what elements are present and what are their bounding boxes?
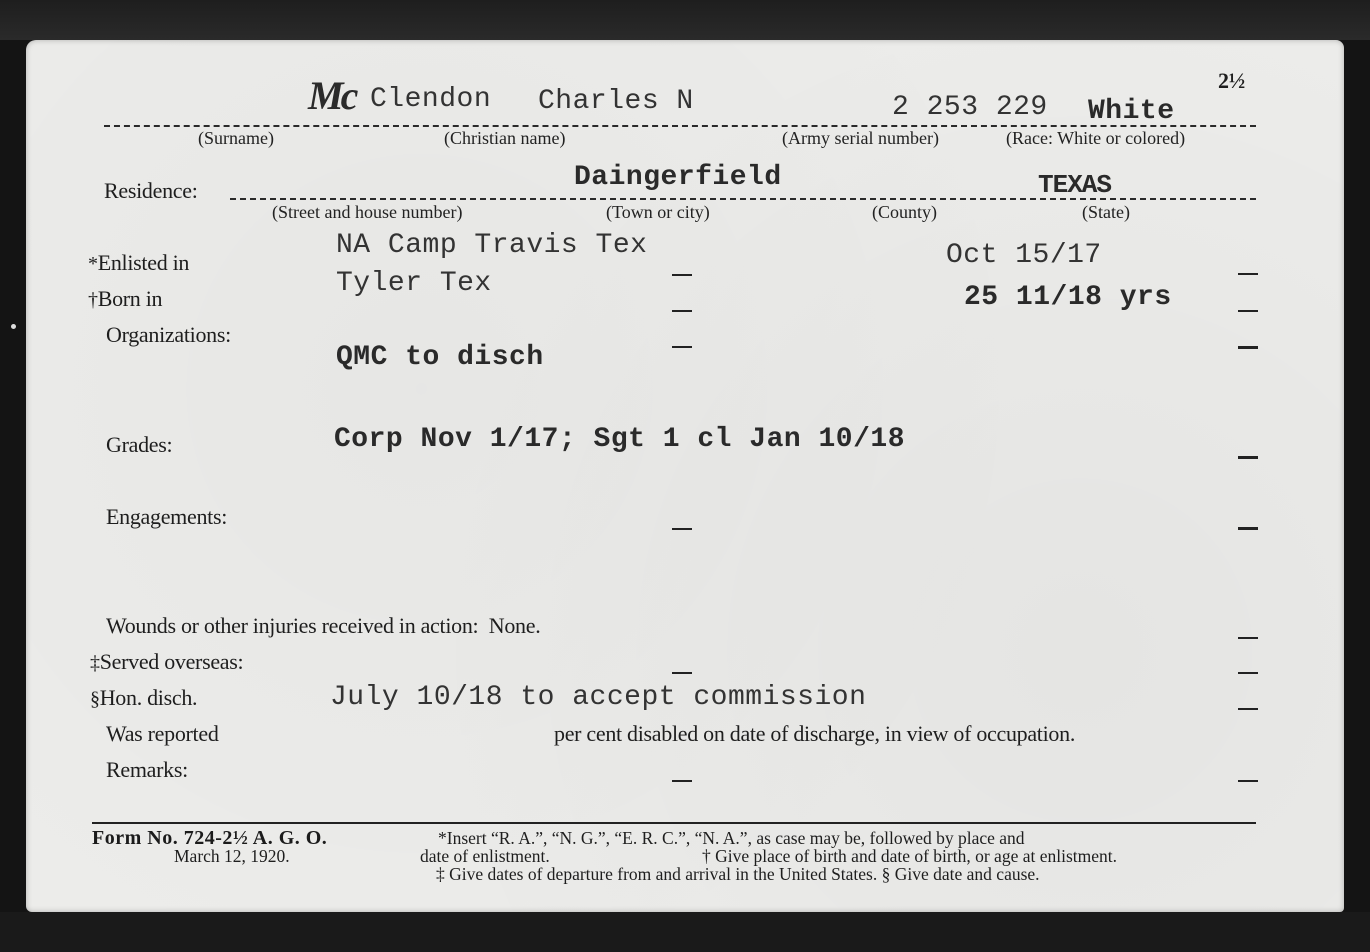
enlisted-place-value: NA Camp Travis Tex (336, 230, 647, 261)
wounds-value: None. (489, 613, 541, 638)
double-dagger-marker: ‡ (90, 652, 100, 674)
residence-town-value: Daingerfield (574, 162, 782, 193)
scanner-frame-bottom (0, 912, 1370, 952)
army-serial-number-caption: (Army serial number) (782, 128, 939, 149)
name-line (104, 125, 1256, 127)
section-marker: § (90, 688, 100, 710)
born-age-value: 25 11/18 yrs (964, 282, 1172, 313)
remarks-label: Remarks: (106, 757, 188, 783)
state-caption: (State) (1082, 202, 1130, 223)
hon-disch-value: July 10/18 to accept commission (330, 682, 866, 713)
organizations-value: QMC to disch (336, 342, 544, 373)
sheet-mark: 2½ (1218, 68, 1245, 94)
field-mid-mark (672, 780, 692, 782)
field-end-mark (1238, 637, 1258, 639)
field-mid-mark (672, 310, 692, 312)
scan-artifact (11, 324, 16, 329)
enlisted-label-text: Enlisted in (98, 250, 189, 275)
engagements-label: Engagements: (106, 504, 227, 530)
field-end-mark (1238, 708, 1258, 710)
field-mid-mark (672, 274, 692, 276)
born-place-value: Tyler Tex (336, 268, 492, 299)
field-mid-mark (672, 528, 692, 530)
field-mid-mark (672, 346, 692, 348)
field-end-mark (1238, 310, 1258, 312)
served-overseas-label: ‡Served overseas: (90, 649, 243, 675)
county-caption: (County) (872, 202, 937, 223)
form-date: March 12, 1920. (174, 846, 290, 867)
footnote-line-3: ‡ Give dates of departure from and arriv… (436, 864, 1040, 885)
was-reported-label: Was reported (106, 721, 219, 747)
residence-label: Residence: (104, 178, 198, 204)
residence-state-value: TEXAS (1038, 170, 1111, 200)
footer-rule (92, 822, 1256, 824)
residence-line (230, 198, 1256, 200)
grades-value: Corp Nov 1/17; Sgt 1 cl Jan 10/18 (334, 424, 905, 455)
field-end-mark (1238, 672, 1258, 674)
field-end-mark (1238, 456, 1258, 459)
surname-value: Clendon (370, 84, 491, 115)
asterisk-marker: * (88, 253, 98, 275)
grades-label: Grades: (106, 432, 172, 458)
enlisted-label: *Enlisted in (88, 250, 189, 276)
wounds-label-text: Wounds or other injuries received in act… (106, 613, 478, 638)
field-end-mark (1238, 346, 1258, 349)
field-mid-mark (672, 672, 692, 674)
hon-disch-label-text: Hon. disch. (100, 685, 198, 710)
surname-caption: (Surname) (198, 128, 274, 149)
served-overseas-label-text: Served overseas: (100, 649, 244, 674)
dagger-marker: † (88, 289, 98, 311)
field-end-mark (1238, 780, 1258, 782)
service-record-card: 2½ Mc Clendon Charles N 2 253 229 White … (26, 40, 1344, 912)
christian-name-caption: (Christian name) (444, 128, 565, 149)
hon-disch-label: §Hon. disch. (90, 685, 197, 711)
field-end-mark (1238, 527, 1258, 530)
surname-prefix-handwritten: Mc (308, 72, 355, 119)
race-caption: (Race: White or colored) (1006, 128, 1185, 149)
organizations-label: Organizations: (106, 322, 231, 348)
enlisted-date-value: Oct 15/17 (946, 240, 1102, 271)
born-label-text: Born in (98, 286, 163, 311)
born-label: †Born in (88, 286, 162, 312)
town-caption: (Town or city) (606, 202, 710, 223)
race-value: White (1088, 96, 1175, 127)
street-caption: (Street and house number) (272, 202, 462, 223)
was-reported-suffix: per cent disabled on date of discharge, … (554, 721, 1075, 747)
field-end-mark (1238, 273, 1258, 275)
scanner-frame-top (0, 0, 1370, 40)
wounds-label: Wounds or other injuries received in act… (106, 613, 540, 639)
christian-name-value: Charles N (538, 86, 694, 117)
army-serial-number-value: 2 253 229 (892, 92, 1048, 123)
